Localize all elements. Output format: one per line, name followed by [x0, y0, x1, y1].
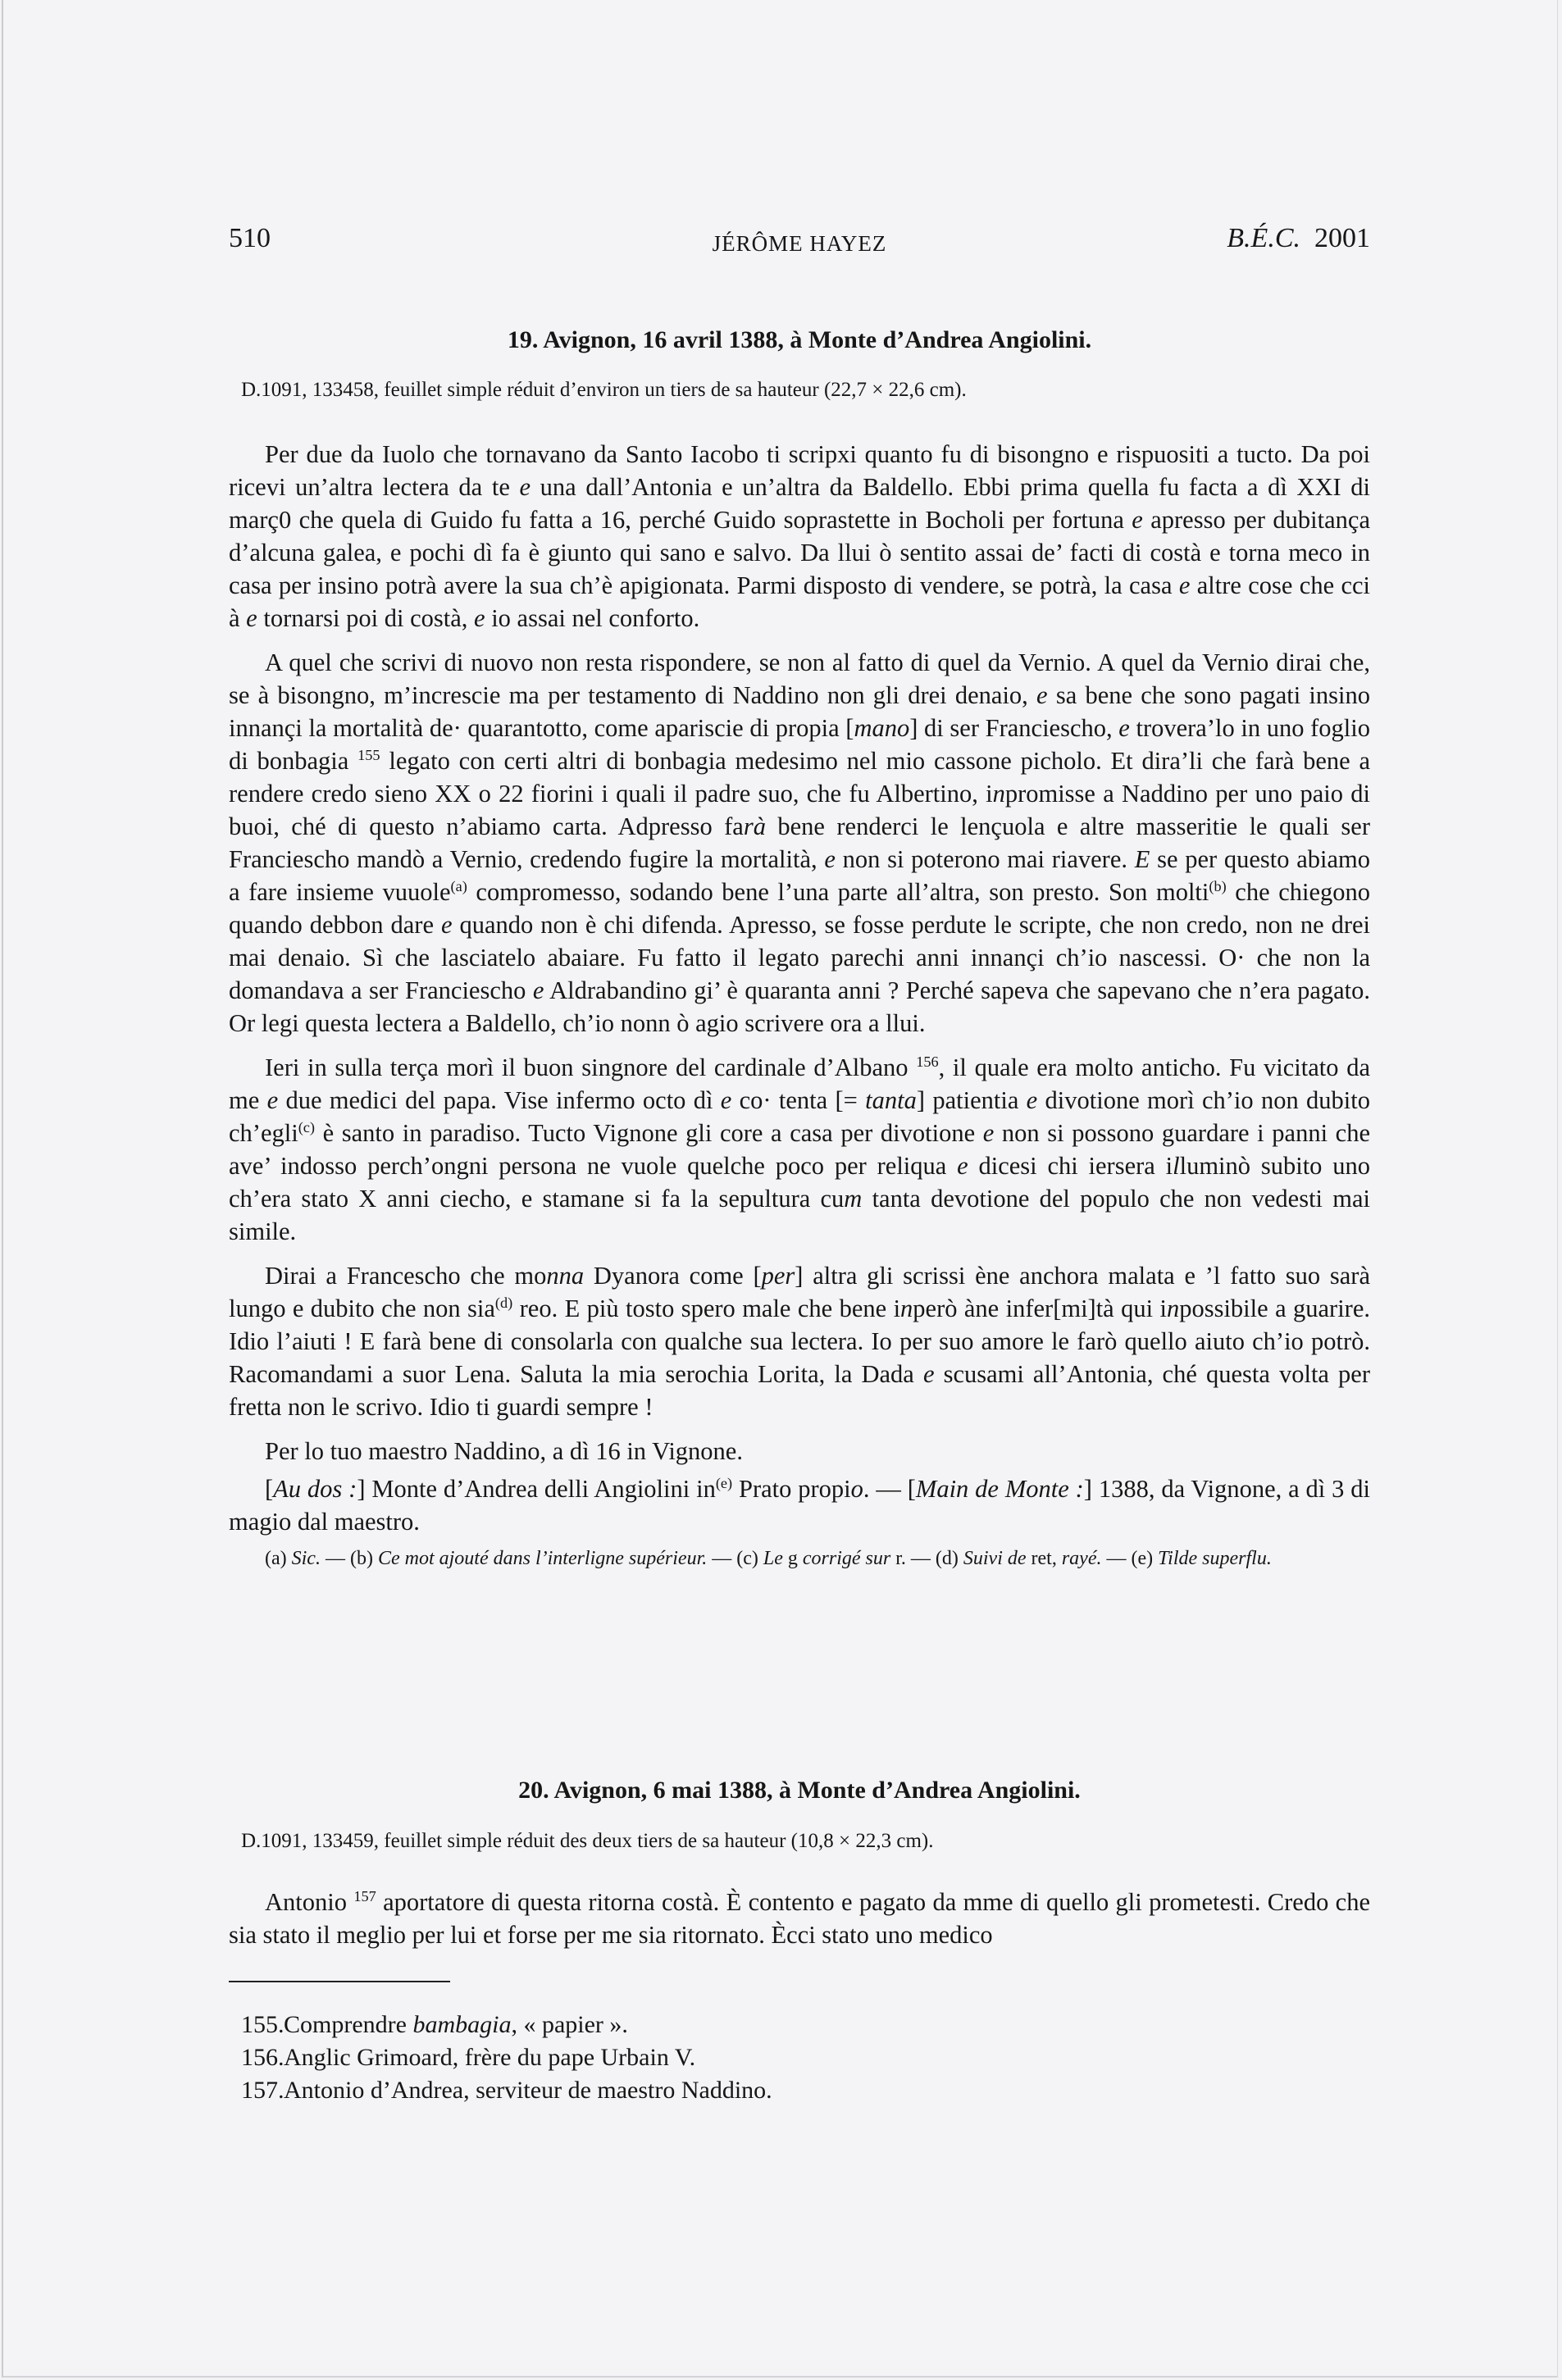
letter-20-body: Antonio 157 aportatore di questa ritorna… — [229, 1886, 1370, 1963]
footnote-separator — [229, 1981, 450, 1982]
letter-19-paragraph: Dirai a Francescho che monna Dyanora com… — [229, 1259, 1370, 1423]
footnotes: 155.Comprendre bambagia, « papier ». 156… — [241, 2009, 772, 2107]
footnote-157: 157.Antonio d’Andrea, serviteur de maest… — [241, 2074, 772, 2107]
letter-19-body: Per due da Iuolo che tornavano da Santo … — [229, 438, 1370, 1582]
running-head-author: JÉRÔME HAYEZ — [229, 231, 1370, 257]
footnote-number: 155. — [241, 2009, 284, 2041]
journal-abbrev: B.É.C. — [1227, 223, 1300, 253]
footnote-156: 156.Anglic Grimoard, frère du pape Urbai… — [241, 2041, 772, 2074]
letter-19-paragraph: Ieri in sulla terça morì il buon singnor… — [229, 1051, 1370, 1248]
footnote-text: Anglic Grimoard, frère du pape Urbain V. — [284, 2044, 695, 2071]
footnote-text: Comprendre bambagia, « papier ». — [284, 2011, 628, 2038]
letter-19-title: 19. Avignon, 16 avril 1388, à Monte d’An… — [229, 326, 1370, 354]
letter-19-paragraph: A quel che scrivi di nuovo non resta ris… — [229, 646, 1370, 1040]
letter-19-critical-notes: (a) Sic. — (b) Ce mot ajouté dans l’inte… — [229, 1546, 1370, 1571]
footnote-155: 155.Comprendre bambagia, « papier ». — [241, 2009, 772, 2041]
footnote-text: Antonio d’Andrea, serviteur de maestro N… — [284, 2077, 772, 2104]
footnote-number: 156. — [241, 2041, 284, 2074]
letter-20-paragraph: Antonio 157 aportatore di questa ritorna… — [229, 1886, 1370, 1951]
letter-19-paragraph: Per due da Iuolo che tornavano da Santo … — [229, 438, 1370, 635]
book-page: 510 JÉRÔME HAYEZ B.É.C. 2001 19. Avignon… — [2, 0, 1558, 2378]
letter-20-archival-reference: D.1091, 133459, feuillet simple réduit d… — [241, 1830, 933, 1853]
running-head: 510 JÉRÔME HAYEZ B.É.C. 2001 — [229, 223, 1370, 259]
footnote-number: 157. — [241, 2074, 284, 2107]
letter-19-archival-reference: D.1091, 133458, feuillet simple réduit d… — [241, 379, 967, 402]
letter-19-endorsement: [Au dos :] Monte d’Andrea delli Angiolin… — [229, 1472, 1370, 1538]
letter-20-title: 20. Avignon, 6 mai 1388, à Monte d’Andre… — [229, 1777, 1370, 1804]
journal-year: 2001 — [1314, 223, 1370, 253]
running-head-journal: B.É.C. 2001 — [1227, 223, 1370, 254]
letter-19-signature: Per lo tuo maestro Naddino, a dì 16 in V… — [229, 1435, 1370, 1468]
